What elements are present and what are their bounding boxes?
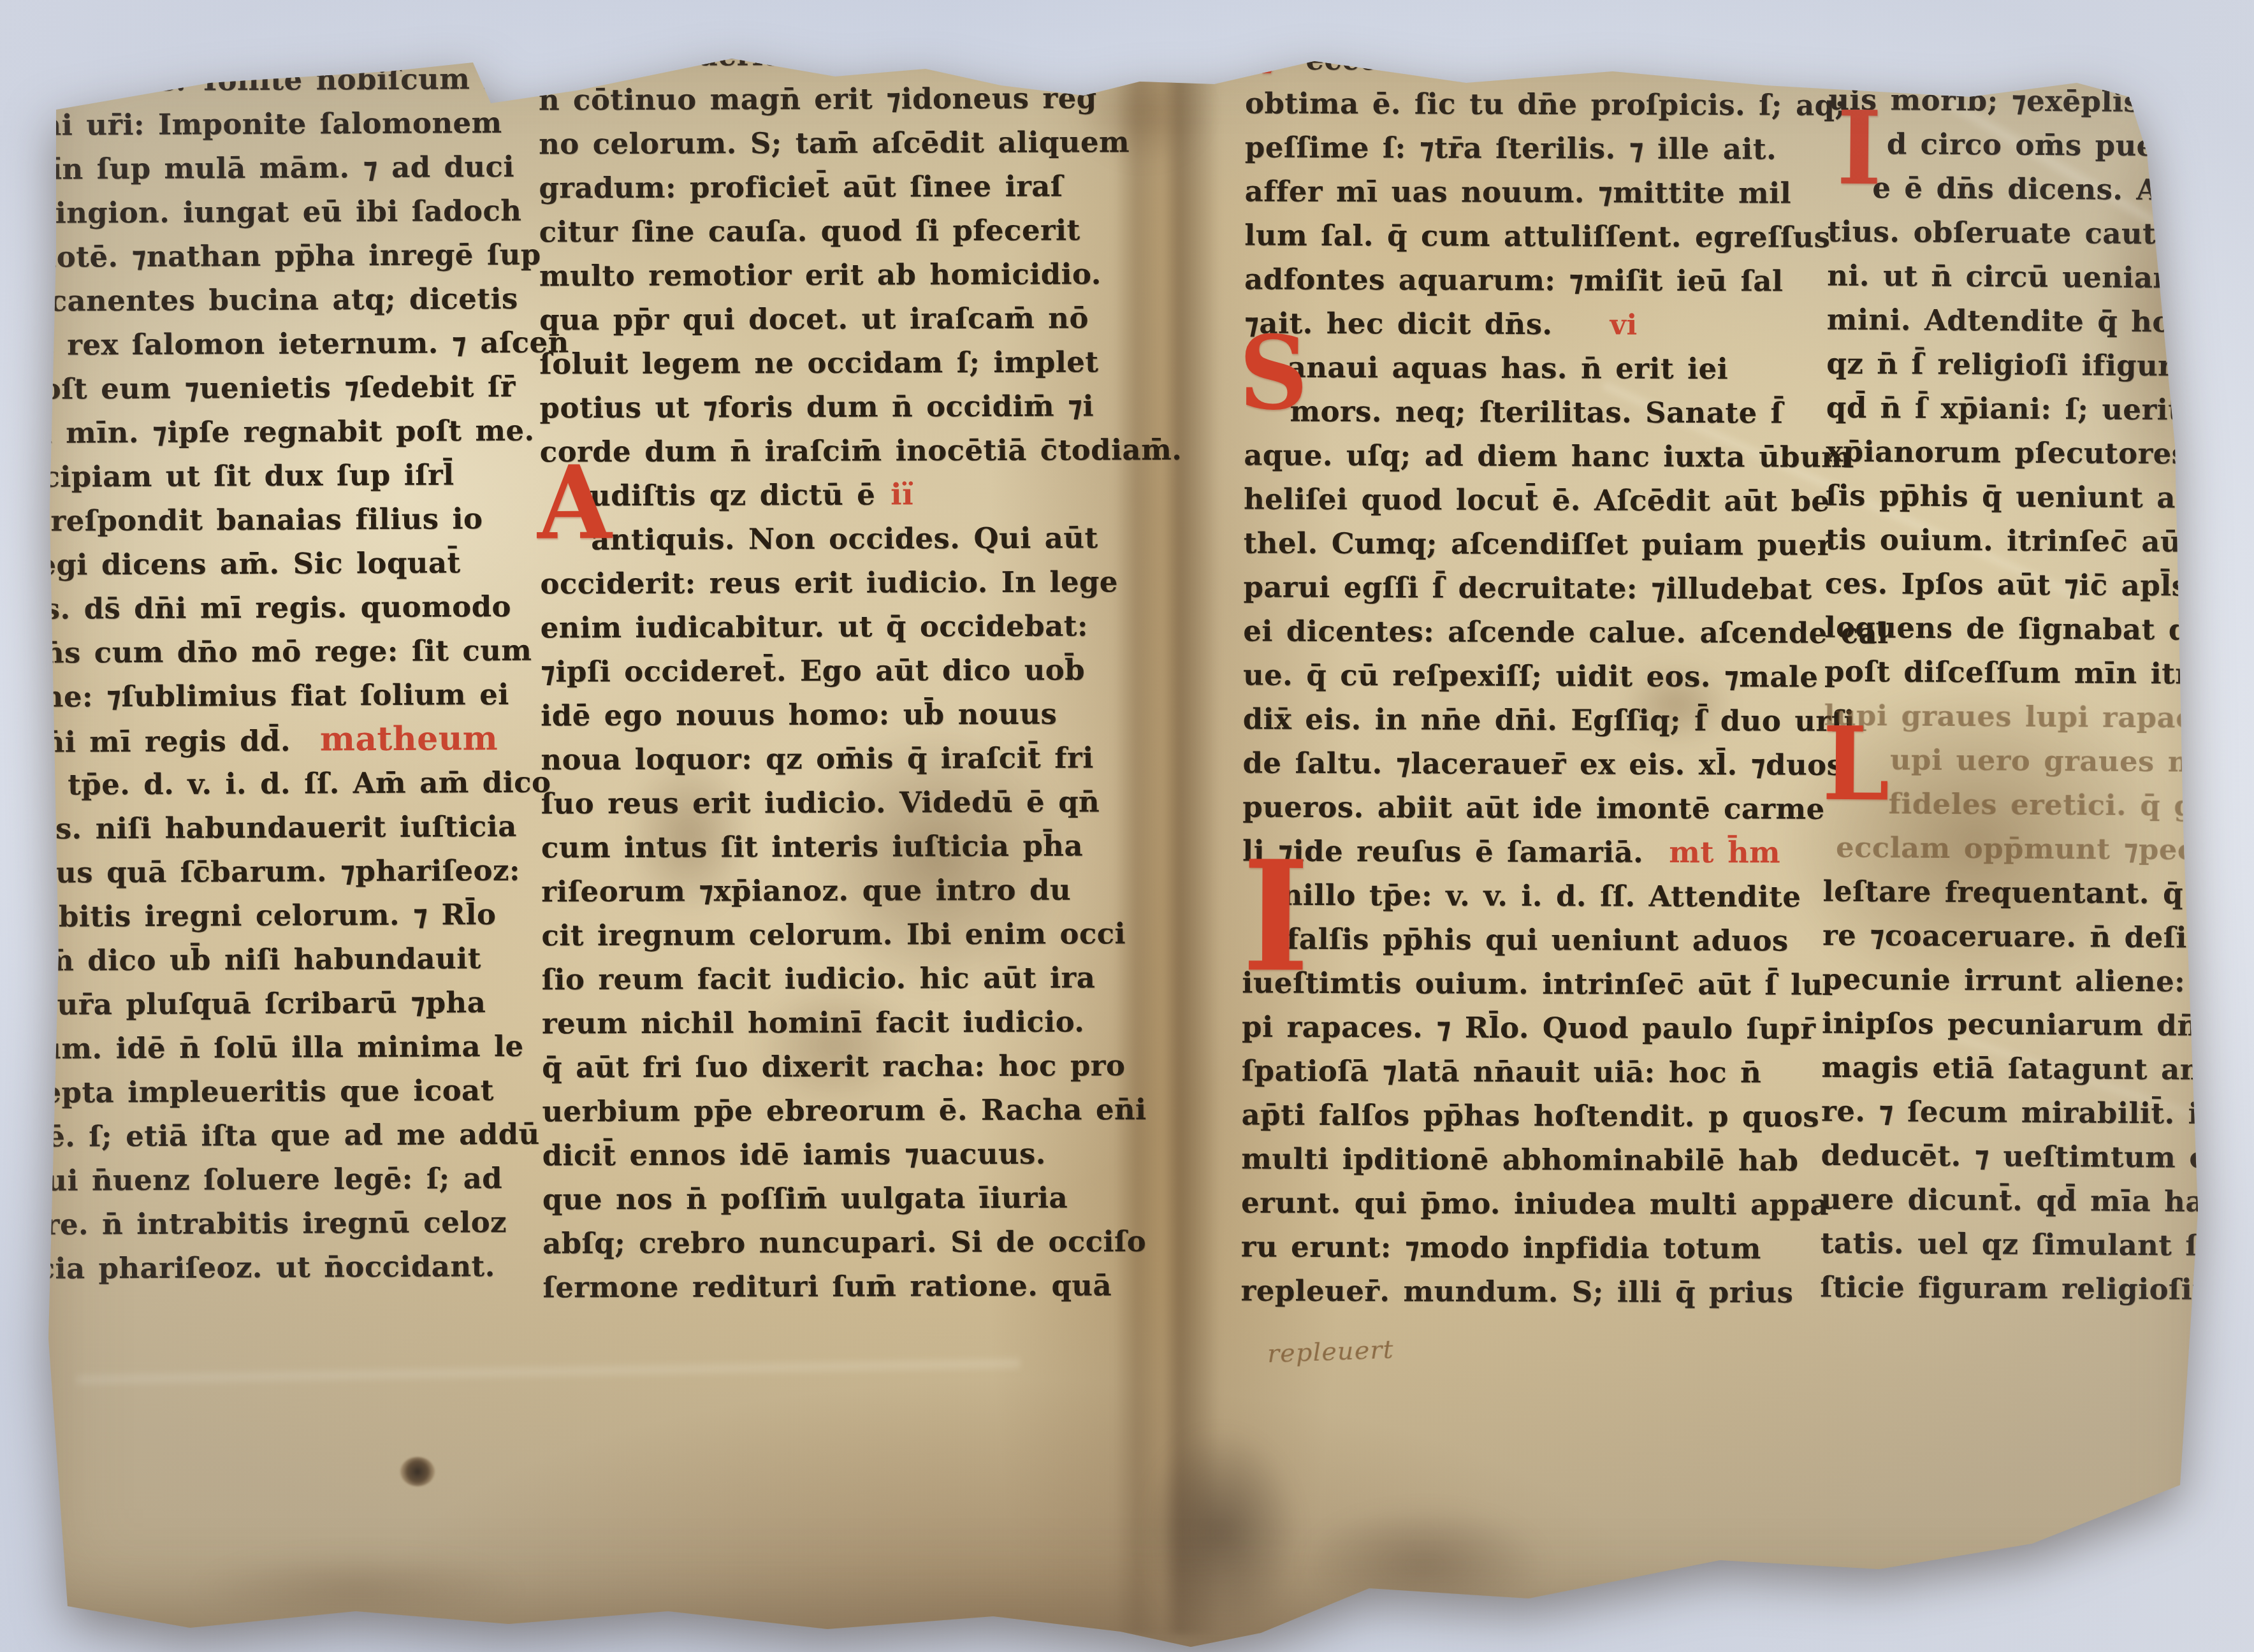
line-text: dn̄i mī regis dd̄. [24,724,291,759]
line-text: tis ouium. itrinſec̄ aūt ſ̄ l [1825,523,2245,560]
text-line: m mīn. ⁊ipſe regnabit poſt me. [22,409,506,455]
text-line: cit iregnum celorum. Ibi enim occi [541,912,1077,958]
line-text: erunt. qui p̄mo. iniudea multi appa [1241,1186,1829,1222]
parchment-crease [76,1356,1020,1388]
text-line: a ur̄a pluſquā ſcribarū ⁊pha [25,980,509,1027]
line-text: ⁊ reſpondit banaias filius io [22,502,483,538]
line-text: tius. obſeruate cauti ut n̄ [1828,215,2250,252]
line-text: potius ut ⁊foris dum n̄ occidim̄ ⁊i [539,389,1094,424]
line-text: ſoluit legem ne occidam ſ; implet [539,345,1098,380]
line-text: one: ⁊ſublimius fiat ſolium ei [23,677,509,714]
line-text: antiquis. Non occides. Qui aūt [591,521,1098,556]
text-line: aūt impleuerit illud. ut n̄ occidat [539,33,1074,78]
text-column-3: ecce habitatio ciuitatis hui:obtima ē. ſ… [1241,38,1775,1315]
line-text: lo tp̄e. d. v. i. d. ſſ. Am̄ am̄ dico [24,765,551,802]
text-line: abſq; crebro nuncupari. Si de occiſo [542,1220,1078,1266]
text-line: ere. n̄ intrabitis iregnū celoz [26,1200,511,1247]
line-text: ⁊ipſi occideret̄. Ego aūt dico uob̄ [541,653,1085,688]
line-text: ecclam opp̄munt ⁊pecun [1836,830,2237,867]
text-line: anaui aquas has. n̄ erit iei [1244,345,1773,391]
text-line: peſſime ſ: ⁊tr̄a ſterilis. ⁊ ille ait. [1245,126,1774,171]
line-text: ſticie figuram religioſitat [1820,1270,2238,1307]
line-text: ces. Ipſos aūt ⁊ic̄ apl̄s. ad [1825,567,2251,604]
text-line: ecce habitatio ciuitatis hui: [1245,38,1774,83]
text-line: de ſaltu. ⁊lacerauer̄ ex eis. xl̄. ⁊duos [1242,741,1771,787]
text-line: tius. obſeruate cauti ut n̄ [1828,210,2254,257]
text-line: multi ipditionē abhominabilē hab [1241,1137,1770,1183]
line-text: m mīn. ⁊ipſe regnabit poſt me. [22,414,535,450]
line-text: nē. ſ; etiā iſta que ad me addū [25,1117,540,1154]
text-line: nillo tp̄e: v. v. i. d. ſſ. Attendite [1242,873,1771,919]
text-line: reum nichil hominī facit iudicio. [542,1000,1077,1046]
line-text: occiderit: reus erit iudicio. In lege [540,565,1117,600]
text-line: loquens de ſignabat dice [1824,605,2254,653]
text-line: leſtare frequentant. q̄ ſine [1822,869,2252,917]
line-text: qd̄ n̄ ſ̄ xp̄iani: ſ; ueritate [1826,391,2233,427]
line-text: qz n̄ ſ̄ religioſi ifigura rel [1826,347,2251,384]
line-text: ſis pp̄his q̄ ueniunt ad uos [1826,479,2254,516]
line-text: regi dicens am̄. Sic loquat̄ [22,546,461,582]
line-text: que nos n̄ poſſim̄ uulgata īiuria [542,1181,1068,1217]
line-text: upi uero graues nnanit [1890,743,2254,779]
text-column-1: q̄ cum ingreſſi fuiſſent coramdix̄ adeos… [20,13,511,1291]
line-text: bis. niſi habundauerit iuſticia [24,809,517,846]
text-line: potius ut ⁊foris dum n̄ occidim̄ ⁊i [539,384,1075,430]
line-text: q̄ cum ingreſſi fuiſſent coram [20,18,511,54]
line-text: no celorum. S; tam̄ aſcēdit aliquem [539,125,1130,161]
text-line: dix̄ adeos. Tollite nobiſcum ſer [20,57,504,103]
line-text: iueſtimtis ouium. intrinſec̄ aūt ſ̄ lu [1242,966,1823,1002]
line-text: p̄cipiam ut ſit dux ſup iſrl̄ [22,458,454,494]
text-line: cepta impleueritis que icoat [25,1068,509,1115]
text-line: idē ego nouus homo: ub̄ nouus [541,692,1076,738]
text-line: riſeorum ⁊xp̄ianoz. que intro du [541,868,1077,914]
line-text: at rex ſalomon ieternum. ⁊ aſcen [21,325,569,361]
text-line: uere dicunt̄. qd̄ mīa habe [1821,1177,2250,1224]
text-line: tatis. uel qz ſimulant ſe n [1821,1221,2250,1268]
line-text: ue. q̄ cū reſpexiſſ; uidit eos. ⁊male [1243,658,1819,694]
text-line: p̄cipiam ut ſit dux ſup iſrl̄ [22,453,506,499]
wormhole-spot [400,1457,435,1486]
text-line: icia phariſeoz. ut n̄occidant. [26,1244,511,1291]
text-line: dix̄ eis. in nn̄e dn̄i. Egſſiq; ſ̄ duo u… [1243,697,1772,743]
text-line: ⁊ait. hec dicit dn̄s.vi [1244,301,1773,347]
text-line: qz n̄ ſ̄ religioſi ifigura rel [1826,342,2254,389]
line-text: reum nichil hominī facit iudicio. [542,1004,1085,1040]
line-text: repleuer̄. mundum. S; illi q̄ prius [1241,1274,1794,1310]
line-text: dix̄ eis. in nn̄e dn̄i. Egſſiq; ſ̄ duo u… [1243,702,1855,738]
text-line: re ⁊coaceruare. n̄ deſinun [1822,913,2252,960]
line-text: dn̄i ur̄i: Imponite ſalomonem [20,106,502,142]
text-line: multo remotior erit ab homicidio. [539,252,1075,298]
text-line: inipſos pecuniarum dn̄s [1822,1001,2251,1048]
text-line: mīn ſup mulā mām. ⁊ ad duci [20,145,505,191]
line-text: leſtare frequentant. q̄ ſine [1822,874,2254,911]
line-text: idē ego nouus homo: ub̄ nouus [541,697,1057,733]
text-line: enim iudicabitur. ut q̄ occidebat: [541,604,1076,650]
text-line: thel. Cumq; aſcendiſſet puiam puer [1244,521,1773,567]
line-text: d circo om̄s pueniens [1887,127,2244,163]
text-line: qua pp̄r qui docet. ut iraſcam̄ nō [539,296,1075,342]
red-rubric: mt h̄m [1669,835,1780,870]
text-line: afalſis pp̄his qui ueniunt aduos [1242,917,1771,963]
line-text: li ⁊ide reuſus ē ſamariā. [1242,834,1643,869]
text-line: ū ingion. iungat eū ibi ſadoch [20,189,505,235]
text-line: one: ⁊ſublimius fiat ſolium ei [23,672,507,719]
text-line: upi uero graues nnanit [1824,737,2253,785]
line-text: anaui aquas has. n̄ erit iei [1288,351,1729,386]
line-text: rabitis iregni celorum. ⁊ Rl̄o [24,897,496,934]
text-line: uis morib; ⁊exēplis inſecun [1828,78,2254,125]
text-line: gradum: proficiet̄ aūt ſinee iraſ [539,164,1074,210]
text-line: rum. idē n̄ ſolū illa minima le [25,1024,509,1071]
text-line: ſpatioſā ⁊latā nn̄auit uiā: hoc n̄ [1242,1049,1771,1095]
text-line: erunt. qui p̄mo. iniudea multi appa [1241,1181,1770,1227]
text-line: magis etiā ſatagunt anim [1821,1045,2251,1092]
line-text: am̄ dico ub̄ niſi habundauit [24,941,481,978]
text-line: e ē dn̄s dicens. Attend [1828,166,2254,213]
line-text: rum. idē n̄ ſolū illa minima le [25,1029,524,1066]
text-line: pecunie irrunt aliene: al [1822,957,2251,1004]
text-line: nē. ſ; etiā iſta que ad me addū [25,1112,510,1159]
text-line: bis. niſi habundauerit iuſticia [24,804,508,851]
text-line: ei dicentes: aſcende calue. aſcende cal [1243,609,1772,655]
line-text: pi rapaces. ⁊ Rl̄o. Quod paulo ſupr̄ [1242,1010,1815,1046]
line-text: re ⁊coaceruare. n̄ deſinun [1822,918,2250,955]
text-line: li ⁊ide reuſus ē ſamariā.mt h̄m [1242,829,1771,875]
text-line: aliquando ſidet̄ copia ea [1829,34,2254,81]
line-text: e ē dn̄s dicens. Attend [1872,171,2245,207]
text-line: xp̄ianorum pſecutores. Ate [1826,430,2254,477]
line-text: n̄ cōtinuo magn̄ erit ⁊idoneus reg [539,81,1097,117]
line-text: magis etiā ſatagunt anim [1821,1050,2243,1087]
line-text: aūt impleuerit illud. ut n̄ occidat [539,37,1090,73]
line-text: citur ſine cauſa. quod ſi pfecerit [539,214,1080,249]
text-line: n̄ cōtinuo magn̄ erit ⁊idoneus reg [539,76,1074,122]
text-line: dn̄i ur̄i: Imponite ſalomonem [20,101,504,147]
red-initial-S: S [1239,334,1308,413]
text-line: tis ouium. itrinſec̄ aūt ſ̄ l [1825,518,2254,565]
red-rubric: vi [1610,309,1637,342]
line-text: plus quā ſc̄barum. ⁊phariſeoz: [24,853,520,890]
text-line: parui egſſi ſ̄ decruitate: ⁊illudebat [1243,565,1772,611]
line-text: noua loquor: qz om̄is q̄ iraſcit̄ fri [541,741,1093,776]
line-text: dix̄ adeos. Tollite nobiſcum ſer [20,62,530,98]
text-line: ⁊ipſi occideret̄. Ego aūt dico uob̄ [541,648,1076,694]
parchment-stain [752,982,918,1109]
text-line: lum ſal. q̄ cum attuliſſent. egreſſus [1244,214,1773,259]
text-line: qui n̄uenz ſoluere legē: ſ; ad [25,1156,510,1203]
line-text: inipſos pecuniarum dn̄s [1822,1006,2214,1043]
line-text: ſermone redituri ſum̄ ratione. quā [542,1268,1112,1304]
line-text: cit iregnum celorum. Ibi enim occi [541,917,1126,952]
red-initial-I: I [1836,109,1882,189]
line-text: icia phariſeoz. ut n̄occidant. [26,1249,495,1286]
line-text: lupi graues lupi rapaces. [1824,699,2239,735]
line-text: cum intus ſit interis iuſticia ph̄a [541,829,1083,864]
text-line: ru erunt: ⁊modo inpfidia totum [1241,1225,1770,1271]
parchment-stain [803,720,1071,994]
text-column-2: aūt impleuerit illud. ut n̄ occidatn̄ cō… [539,33,1079,1310]
line-text: abſq; crebro nuncupari. Si de occiſo [542,1224,1146,1260]
text-line: ni. ut n̄ circū ueniamini [1827,254,2254,301]
line-text: heliſei quod locut̄ ē. Aſcēdit aūt be [1244,482,1830,518]
parchment-stain [625,752,752,918]
line-text: uere dicunt̄. qd̄ mīa habe [1821,1182,2243,1219]
text-line: cum intus ſit interis iuſticia ph̄a [541,824,1077,870]
text-line: adfontes aquarum: ⁊miſit ieū ſal [1244,257,1773,303]
line-text: uis morib; ⁊exēplis inſecun [1828,83,2254,120]
line-text: deducēt. ⁊ ueſtimtum ou [1821,1138,2230,1175]
catchword: repleuert [1267,1335,1394,1369]
text-line: poſt eum ⁊uenietis ⁊ſedebit ſr̄ [22,365,506,411]
red-initial-I: I [1242,858,1309,976]
text-line: heliſei quod locut̄ ē. Aſcēdit aūt be [1244,477,1773,523]
parchment-stain [1141,1428,1300,1638]
text-line: poſt diſceſſum mīn itribu [1824,649,2254,697]
text-line: antiquis. Non occides. Qui aūt [540,516,1075,562]
text-line: dn̄i mī regis dd̄.matheum [24,716,508,763]
parchment-sheet: q̄ cum ingreſſi fuiſſent coramdix̄ adeos… [0,0,2254,1652]
line-text: aliquando ſidet̄ copia ea [1829,39,2232,75]
line-text: poſt eum ⁊uenietis ⁊ſedebit ſr̄ [22,370,516,406]
text-line: dn̄s cum dn̄o mō rege: ſit cum [23,628,507,675]
red-initial-V: V [1237,17,1295,77]
line-text: adfontes aquarum: ⁊miſit ieū ſal [1244,263,1783,298]
text-line: corde dum n̄ iraſcim̄ inocētiā c̄todiam̄… [540,428,1075,474]
text-line: lupi graues lupi rapaces. [1824,693,2253,741]
text-line: mini. Adtendite q̄ hoc ē. c [1827,298,2254,345]
line-text: ere. n̄ intrabitis iregnū celoz [26,1205,507,1242]
line-text: multi ipditionē abhominabilē hab [1241,1142,1798,1178]
red-rubric: iï [891,477,913,511]
line-text: xp̄ianorum pſecutores. Ate [1826,435,2254,472]
text-line: que nos n̄ poſſim̄ uulgata īiuria [542,1176,1078,1222]
line-text: uerbium pp̄e ebreorum ē. Racha en̄i [542,1092,1146,1128]
text-line: ⁊ reſpondit banaias filius io [22,496,507,543]
line-text: pueros. abiit aūt ide imontē carme [1242,790,1824,826]
text-line: rdotē. ⁊nathan pp̄ha inregē ſup [21,233,505,279]
text-line: no celorum. S; tam̄ aſcēdit aliquem [539,120,1074,166]
line-text: ei dicentes: aſcende calue. aſcende cal [1243,614,1889,651]
parchment-stain [1077,57,1211,166]
line-text: ni. ut n̄ circū ueniamini [1827,259,2227,295]
text-line: ſis pp̄his q̄ ueniunt ad uos [1826,474,2254,521]
line-text: rdotē. ⁊nathan pp̄ha inregē ſup [21,238,541,274]
red-initial-A: A [537,464,612,543]
text-line: q̄ cum ingreſſi fuiſſent coram [20,13,504,59]
text-line: ſticie figuram religioſitat [1820,1265,2250,1312]
line-text: de ſaltu. ⁊lacerauer̄ ex eis. xl̄. ⁊duos [1242,746,1843,782]
text-line: affer mī uas nouum. ⁊mittite mil [1245,170,1774,215]
text-line: dicit̄ ennos idē iamis ⁊uacuus. [542,1132,1078,1178]
text-column-4: aliquando ſidet̄ copia eauis morib; ⁊exē… [1820,34,2254,1312]
line-text: gradum: proficiet̄ aūt ſinee iraſ [539,170,1063,205]
red-rubric: matheum [320,719,498,758]
text-line: aque. uſq; ad diem hanc iuxta ūbum [1244,433,1773,479]
line-text: qui n̄uenz ſoluere legē: ſ; ad [25,1161,502,1198]
line-text: thel. Cumq; aſcendiſſet puiam puer [1244,526,1833,562]
line-text: qua pp̄r qui docet. ut iraſcam̄ nō [539,301,1089,337]
line-text: cepta impleueritis que icoat [25,1073,493,1110]
line-text: mini. Adtendite q̄ hoc ē. c [1827,303,2254,340]
photo-backdrop: q̄ cum ingreſſi fuiſſent coramdix̄ adeos… [0,0,2254,1652]
text-line: pi rapaces. ⁊ Rl̄o. Quod paulo ſupr̄ [1242,1005,1771,1051]
line-text: q̄ aūt fri ſuo dixerit racha: hoc pro [542,1048,1125,1084]
line-text: riſeorum ⁊xp̄ianoz. que intro du [541,873,1071,909]
text-line: ap̄ti falſos pp̄has hoſtendit. p quos [1241,1093,1770,1139]
line-text: affer mī uas nouum. ⁊mittite mil [1245,175,1792,210]
red-initial-L: L [1822,725,1891,804]
line-text: ⁊ canentes bucina atq; dicetis [21,282,518,318]
line-text: ſuo reus erit iudicio. Videdū ē qn̄ [541,785,1100,820]
line-text: ecce habitatio ciuitatis hui: [1305,43,1765,78]
line-text: mors. neq; ſterilitas. Sanate ſ̄ [1290,395,1783,430]
line-text: multo remotior erit ab homicidio. [539,257,1102,293]
text-line: ces. Ipſos aūt ⁊ic̄ apl̄s. ad [1825,562,2254,609]
line-text: lum ſal. q̄ cum attuliſſent. egreſſus [1244,219,1830,254]
line-text: n̄s. ds̄ dn̄i mī regis. quomodo [23,590,512,626]
text-line: ſoluit legem ne occidam ſ; implet [539,340,1075,386]
line-text: ru erunt: ⁊modo inpfidia totum [1241,1230,1761,1266]
text-line: noua loquor: qz om̄is q̄ iraſcit̄ fri [541,736,1076,782]
line-text: mīn ſup mulā mām. ⁊ ad duci [20,150,514,186]
text-line: occiderit: reus erit iudicio. In lege [540,560,1075,606]
text-line: re. ⁊ ſecum mirabilit̄. ip̄e [1821,1089,2251,1136]
line-text: pecunie irrunt aliene: al [1822,962,2229,999]
text-line: mors. neq; ſterilitas. Sanate ſ̄ [1244,389,1773,435]
text-line: rabitis iregni celorum. ⁊ Rl̄o [24,892,509,939]
text-line: q̄ aūt fri ſuo dixerit racha: hoc pro [542,1044,1077,1090]
text-line: regi dicens am̄. Sic loquat̄ [22,540,507,587]
text-line: qd̄ n̄ ſ̄ xp̄iani: ſ; ueritate [1826,386,2254,433]
parchment-crease [1601,379,2084,604]
line-text: corde dum n̄ iraſcim̄ inocētiā c̄todiam̄… [540,433,1182,469]
text-line: deducēt. ⁊ ueſtimtum ou [1821,1133,2250,1180]
line-text: ⁊ait. hec dicit dn̄s. [1244,307,1553,342]
text-line: lo tp̄e. d. v. i. d. ſſ. Am̄ am̄ dico [24,760,508,807]
line-text: parui egſſi ſ̄ decruitate: ⁊illudebat [1243,570,1812,606]
line-text: fideles eretici. q̄ grau [1888,786,2250,823]
text-line: plus quā ſc̄barum. ⁊phariſeoz: [24,848,509,895]
parchment-stain [1619,663,1734,746]
line-text: udiſtis qz dictū ē [590,478,875,513]
line-text: dicit̄ ennos idē iamis ⁊uacuus. [542,1137,1046,1173]
line-text: afalſis pp̄his qui ueniunt aduos [1267,922,1788,958]
text-line: n̄s. ds̄ dn̄i mī regis. quomodo [22,584,507,631]
parchment-crease [1858,46,2254,354]
text-line: at rex ſalomon ieternum. ⁊ aſcen [21,321,505,367]
parchment-stain [1778,676,2174,1007]
line-text: dn̄s cum dn̄o mō rege: ſit cum [23,634,532,670]
line-text: nillo tp̄e: v. v. i. d. ſſ. Attendite [1282,878,1801,914]
text-line: ſermone redituri ſum̄ ratione. quā [542,1264,1078,1310]
line-text: ſio reum facit iudicio. hic aūt ira [542,960,1096,996]
text-line: repleuer̄. mundum. S; illi q̄ prius [1241,1269,1770,1315]
text-line: fideles eretici. q̄ grau [1823,781,2253,829]
parchment-stain [1300,1504,1549,1625]
text-line: ue. q̄ cū reſpexiſſ; uidit eos. ⁊male [1243,653,1772,699]
text-line: iueſtimtis ouium. intrinſec̄ aūt ſ̄ lu [1242,961,1771,1007]
line-text: tatis. uel qz ſimulant ſe n [1821,1226,2251,1263]
parchment-stain [191,1549,523,1632]
text-line: uerbium pp̄e ebreorum ē. Racha en̄i [542,1088,1077,1134]
parchment-crease [1907,1016,2250,1138]
text-line: udiſtis qz dictū ēiï [540,472,1075,518]
parchment-stain [2091,96,2244,529]
binding-gutter [1114,61,1219,1635]
line-text: ſpatioſā ⁊latā nn̄auit uiā: hoc n̄ [1242,1054,1762,1090]
line-text: a ur̄a pluſquā ſcribarū ⁊pha [25,985,486,1022]
line-text: obtima ē. ſic tu dn̄e proſpicis. ſ; aq; [1245,87,1845,122]
text-line: ⁊ canentes bucina atq; dicetis [21,277,505,323]
text-line: citur ſine cauſa. quod ſi pfecerit [539,208,1074,254]
text-line: pueros. abiit aūt ide imontē carme [1242,785,1771,831]
text-line: obtima ē. ſic tu dn̄e proſpicis. ſ; aq; [1245,82,1774,127]
text-line: ecclam opp̄munt ⁊pecun [1823,825,2253,873]
text-line: am̄ dico ub̄ niſi habundauit [24,936,509,983]
line-text: poſt diſceſſum mīn itribu [1824,655,2243,692]
line-text: re. ⁊ ſecum mirabilit̄. ip̄e [1821,1094,2238,1131]
text-line: d circo om̄s pueniens [1828,122,2254,169]
text-line: ſio reum facit iudicio. hic aūt ira [542,956,1077,1002]
line-text: loquens de ſignabat dice [1824,611,2236,648]
line-text: peſſime ſ: ⁊tr̄a ſterilis. ⁊ ille ait. [1245,131,1777,166]
line-text: ū ingion. iungat eū ibi ſadoch [20,194,521,230]
text-line: ſuo reus erit iudicio. Videdū ē qn̄ [541,780,1077,826]
line-text: ap̄ti falſos pp̄has hoſtendit. p quos [1242,1098,1820,1134]
line-text: enim iudicabitur. ut q̄ occidebat: [541,609,1088,644]
parchment-wrapper: q̄ cum ingreſſi fuiſſent coramdix̄ adeos… [0,0,2254,1652]
line-text: aque. uſq; ad diem hanc iuxta ūbum [1244,438,1852,474]
